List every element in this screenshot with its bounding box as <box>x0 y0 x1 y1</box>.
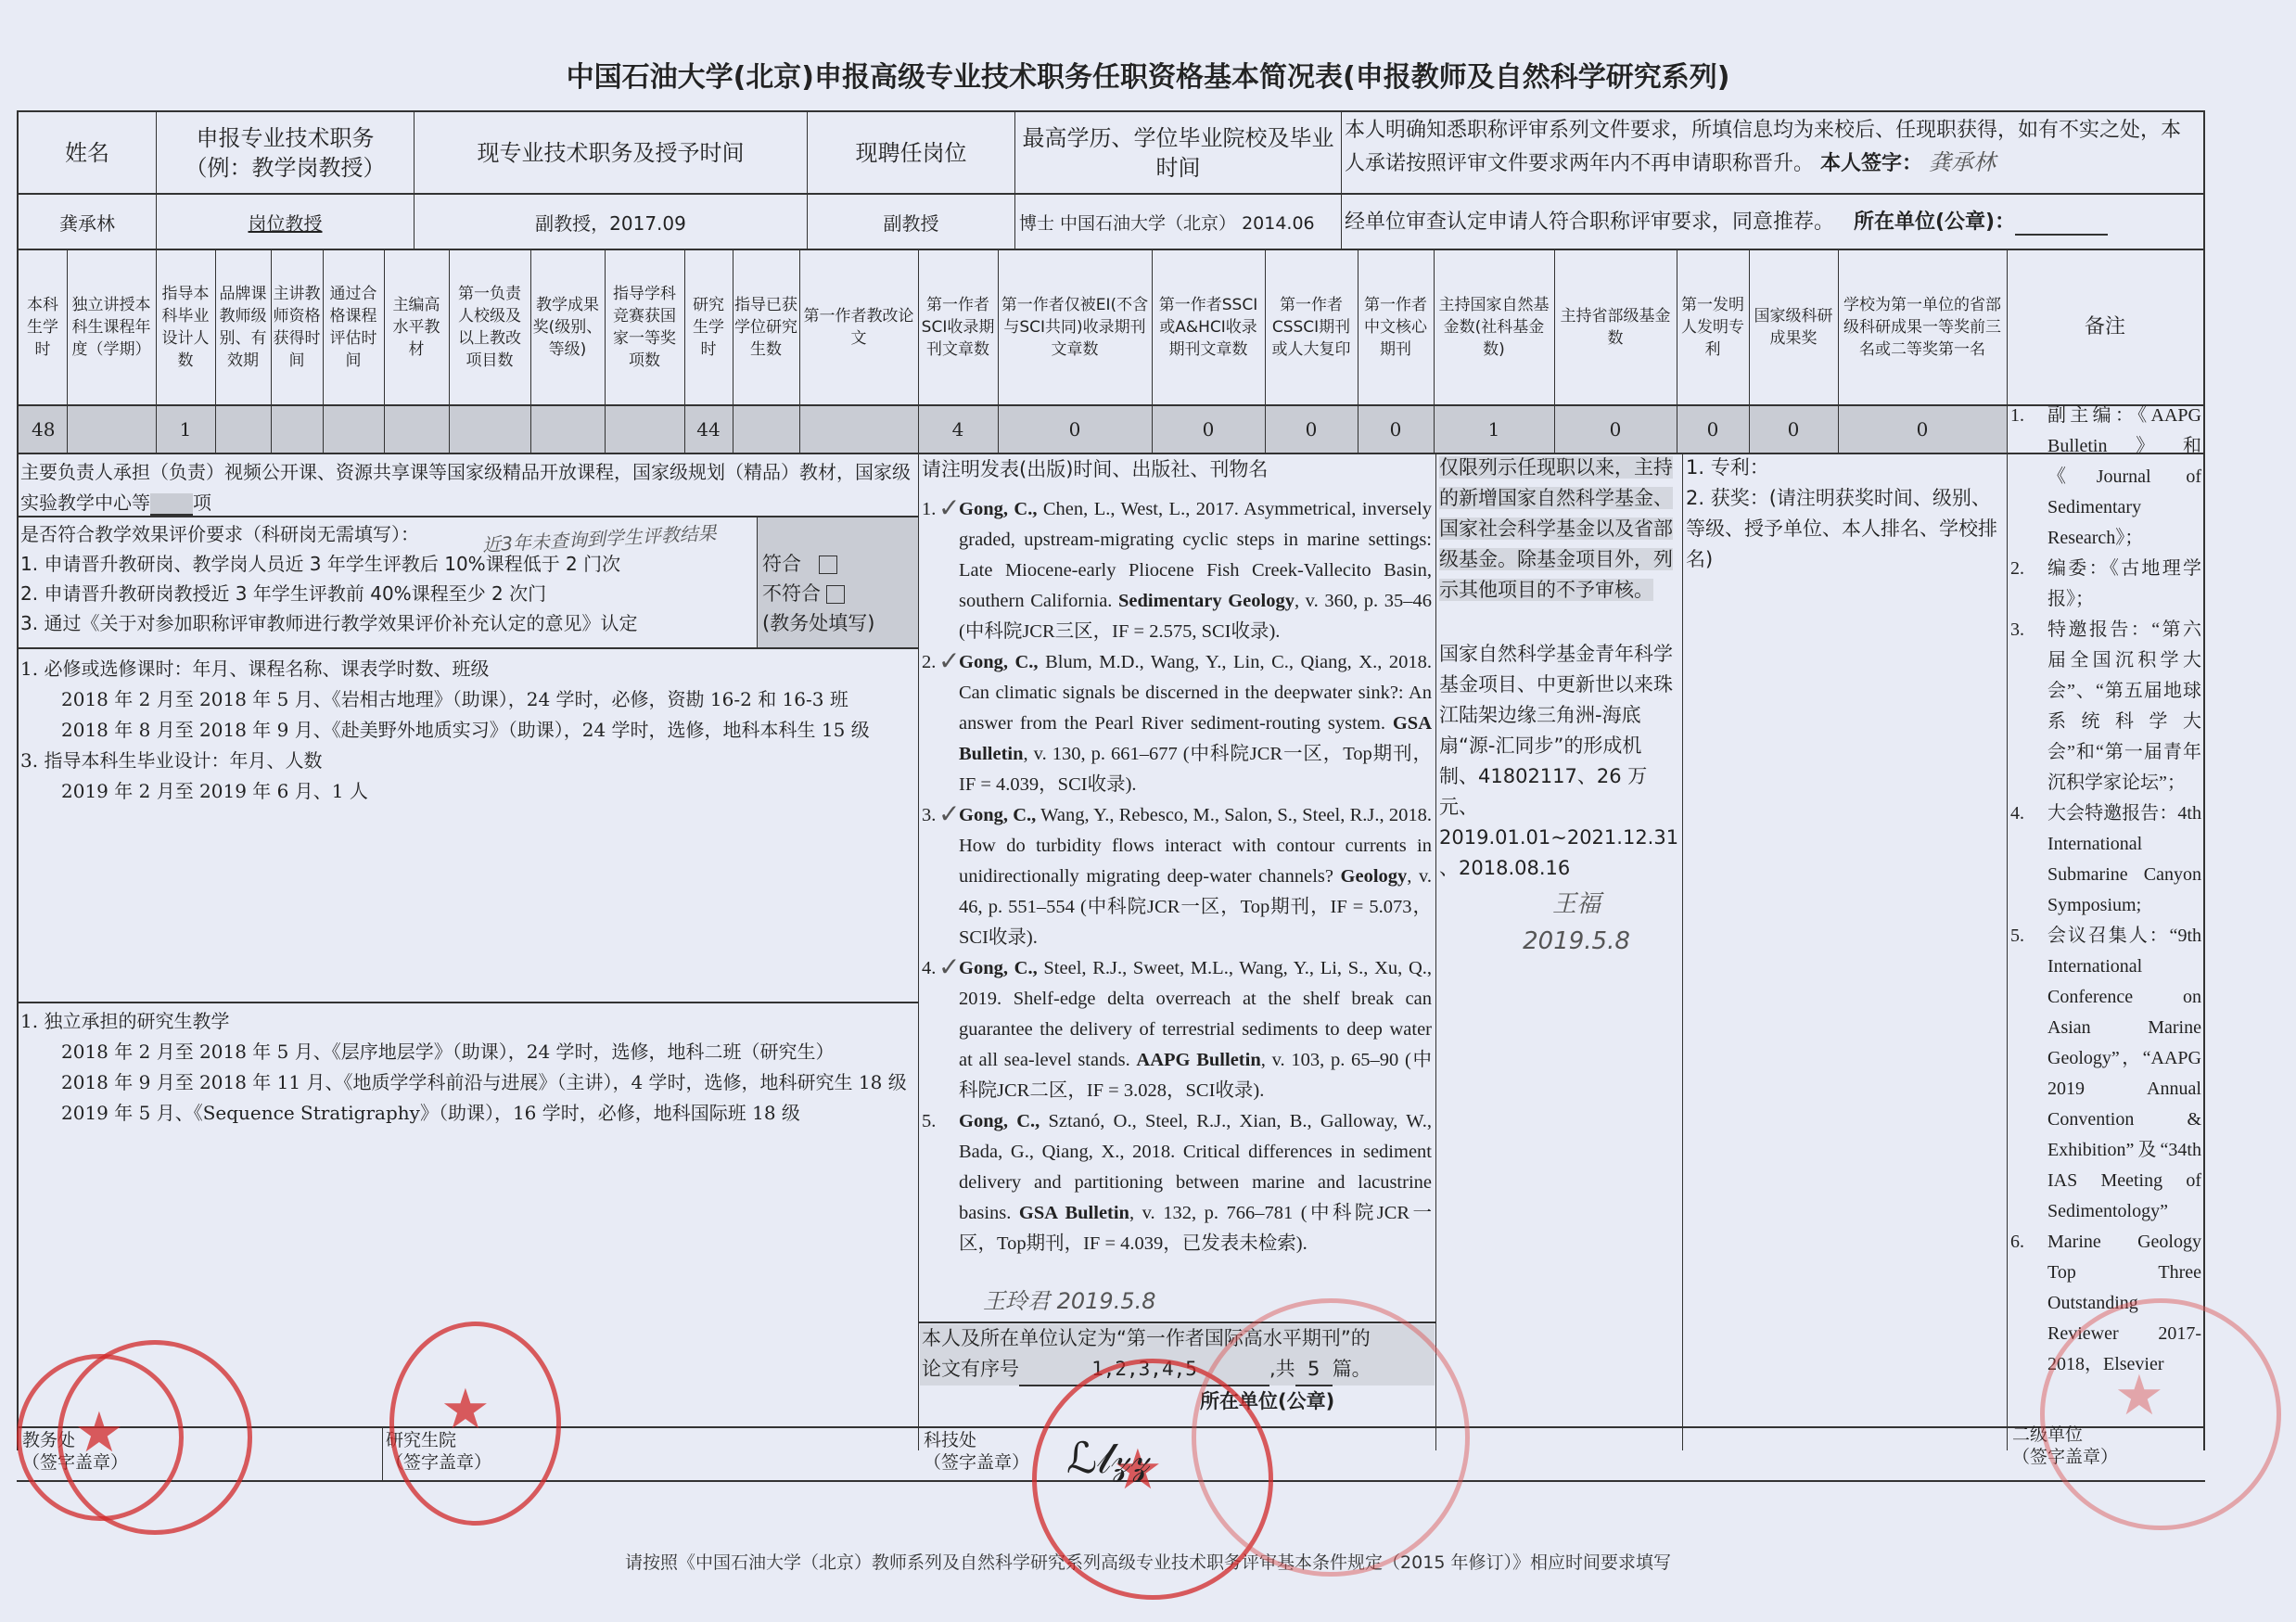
education-label: 最高学历、学位毕业院校及毕业时间 <box>1015 112 1341 193</box>
col-divider <box>1749 250 1750 453</box>
grad-line: 2018 年 2 月至 2018 年 5 月、《层序地层学》（助课），24 学时… <box>20 1037 915 1067</box>
apply-title-label-text: 申报专业技术职务 <box>197 123 375 153</box>
publications-list: 1.Gong, C., Chen, L., West, L., 2017. As… <box>922 494 1432 1259</box>
grad-teaching: 1. 独立承担的研究生教学 2018 年 2 月至 2018 年 5 月、《层序… <box>20 1006 915 1129</box>
eval-note: (教务处填写) <box>762 608 874 638</box>
col-divider <box>733 250 733 453</box>
stats-value-cell <box>384 406 449 453</box>
eval-options: 符合 不符合 (教务处填写) <box>762 549 874 638</box>
remark-item: 6.Marine Geology Top Three Outstanding R… <box>2010 1227 2201 1380</box>
col-divider <box>1554 250 1555 453</box>
remark-number: 6. <box>2010 1227 2047 1380</box>
signature-label: 本人签字： <box>1820 152 1922 175</box>
current-post-value: 副教授 <box>808 195 1014 249</box>
remark-item: 2.编委：《古地理学报》； <box>2010 554 2201 615</box>
stats-value-cell: 1 <box>1434 406 1554 453</box>
row-divider <box>17 1002 918 1003</box>
confirm-seq-value: 1,2,3,4,5 <box>1019 1354 1269 1386</box>
signoff-sign-seal: （签字盖章） <box>924 1451 1029 1474</box>
signoff-secondary-unit: 二级单位 （签字盖章） <box>2012 1424 2118 1468</box>
grad-line: 2019 年 5 月、《Sequence Stratigraphy》（助课），1… <box>20 1098 915 1129</box>
stamp-star-icon: ★ <box>2114 1363 2164 1428</box>
stats-header-cell: 本科生学时 <box>19 250 67 404</box>
eval-item: 2. 申请晋升教研岗教授近 3 年学生评教前 40%课程至少 2 次门 <box>20 579 753 608</box>
col-divider <box>1152 250 1153 453</box>
col-divider <box>2007 404 2008 1450</box>
confirm-text: 本人及所在单位认定为“第一作者国际高水平期刊”的 <box>922 1323 1434 1354</box>
patents-awards: 1. 专利： 2. 获奖：(请注明获奖时间、级别、等级、授予单位、本人排名、学校… <box>1686 453 2005 575</box>
stats-header-cell: 主持省部级基金数 <box>1554 250 1677 404</box>
stats-value-cell: 0 <box>1358 406 1434 453</box>
stats-header-cell: 第一作者仅被EI(不含与SCI共同)收录期刊文章数 <box>998 250 1152 404</box>
current-post-label: 现聘任岗位 <box>808 112 1014 193</box>
stats-value-cell: 0 <box>1838 406 2007 453</box>
stats-value-cell <box>67 406 156 453</box>
checkmark-icon: ✓ <box>938 951 960 982</box>
col-divider <box>998 250 999 453</box>
publication-item: 2.Gong, C., Blum, M.D., Wang, Y., Lin, C… <box>922 647 1432 800</box>
applicant-signature: 龚承林 <box>1929 149 1996 175</box>
stats-value-cell: 4 <box>918 406 998 453</box>
col-divider <box>1677 250 1677 453</box>
eval-item: 3. 通过《关于对参加职称评审教师进行教学效果评价补充认定的意见》认定 <box>20 608 753 638</box>
col-divider <box>2007 250 2008 404</box>
undergrad-line: 2019 年 2 月至 2019 年 6 月、1 人 <box>20 776 915 807</box>
signoff-label: 二级单位 <box>2012 1424 2118 1446</box>
eval-fail-option[interactable]: 不符合 <box>762 579 874 608</box>
remark-item: 4.大会特邀报告：4th International Submarine Can… <box>2010 798 2201 921</box>
remark-number: 2. <box>2010 554 2047 615</box>
eval-fail-checkbox[interactable] <box>826 585 845 604</box>
award-label: 2. 获奖：(请注明获奖时间、级别、等级、授予单位、本人排名、学校排名) <box>1686 483 2005 575</box>
apply-title-hint: （例：教学岗教授） <box>185 153 386 183</box>
undergrad-line: 2018 年 2 月至 2018 年 5 月、《岩相古地理》（助课），24 学时… <box>20 684 915 715</box>
eval-item: 1. 申请晋升教研岗、教学岗人员近 3 年学生评教后 10%课程低于 2 门次 <box>20 549 753 579</box>
col-divider <box>918 250 919 453</box>
stats-header-cell: 第一发明人发明专利 <box>1677 250 1749 404</box>
row-divider <box>17 1426 2205 1428</box>
stats-header-cell: 第一作者中文核心期刊 <box>1358 250 1434 404</box>
col-divider <box>1682 453 1683 1450</box>
publication-citation: Gong, C., Sztanó, O., Steel, R.J., Xian,… <box>959 1106 1432 1259</box>
confirm-total-value: 5 <box>1295 1354 1333 1386</box>
stats-header-cell: 第一负责人校级及以上教改项目数 <box>449 250 530 404</box>
col-divider <box>1341 110 1342 249</box>
publications-heading: 请注明发表(出版)时间、出版社、刊物名 <box>922 454 1268 485</box>
undergrad-line: 3. 指导本科生毕业设计：年月、人数 <box>20 746 915 776</box>
col-divider <box>684 250 685 453</box>
stats-value-cell: 0 <box>1554 406 1677 453</box>
table-right-border <box>2203 110 2205 1450</box>
publication-item: 4.Gong, C., Steel, R.J., Sweet, M.L., Wa… <box>922 953 1432 1106</box>
remark-number: 5. <box>2010 921 2047 1227</box>
checkmark-icon: ✓ <box>938 798 960 829</box>
applicant-name: 龚承林 <box>19 195 156 249</box>
stats-header-cell: 教学成果奖(级别、等级) <box>530 250 605 404</box>
remark-item: 1.副主编：《AAPG Bulletin》和《Journal of Sedime… <box>2010 401 2201 554</box>
remark-text: 副主编：《AAPG Bulletin》和《Journal of Sediment… <box>2047 401 2201 554</box>
signoff-science-office: 科技处 （签字盖章） <box>924 1429 1029 1474</box>
stats-value-cell: 0 <box>998 406 1152 453</box>
publication-item: 3.Gong, C., Wang, Y., Rebesco, M., Salon… <box>922 800 1432 953</box>
publication-citation: Gong, C., Chen, L., West, L., 2017. Asym… <box>959 494 1432 647</box>
stats-header-cell: 第一作者教改论文 <box>799 250 918 404</box>
stats-value-cell <box>215 406 271 453</box>
stats-value-cell: 48 <box>19 406 67 453</box>
col-divider <box>1435 453 1436 1450</box>
remark-text: Marine Geology Top Three Outstanding Rev… <box>2047 1227 2201 1380</box>
col-divider <box>1434 250 1435 453</box>
stats-value-cell <box>799 406 918 453</box>
eval-pass-checkbox[interactable] <box>819 556 837 574</box>
stats-header-cell: 独立讲授本科生课程年度（学期） <box>67 250 156 404</box>
funding-project: 国家自然科学基金青年科学基金项目、中更新世以来珠江陆架边缘三角洲-海底扇“源-汇… <box>1439 639 1680 884</box>
confirm-block: 本人及所在单位认定为“第一作者国际高水平期刊”的 论文有序号1,2,3,4,5,… <box>922 1323 1434 1417</box>
stats-header-cell: 第一作者SCI收录期刊文章数 <box>918 250 998 404</box>
funding-reviewer-signature: 王福 2019.5.8 <box>1521 886 1632 960</box>
remark-text: 编委：《古地理学报》； <box>2047 554 2201 615</box>
confirm-total-suffix: 篇。 <box>1333 1358 1371 1380</box>
publications-reviewer-signature: 王玲君 2019.5.8 <box>983 1283 1156 1315</box>
stats-value-cell <box>605 406 684 453</box>
current-title-value: 副教授，2017.09 <box>415 195 807 249</box>
undergrad-line: 1. 必修或选修课时：年月、课程名称、课表学时数、班级 <box>20 654 915 684</box>
confirm-seq-label: 论文有序号 <box>922 1358 1019 1380</box>
stats-header-cell: 品牌课教师级别、有效期 <box>215 250 271 404</box>
stamp-star-icon: ★ <box>74 1400 124 1465</box>
checkmark-icon: ✓ <box>938 645 960 676</box>
publication-citation: Gong, C., Blum, M.D., Wang, Y., Lin, C.,… <box>959 647 1432 800</box>
pledge-statement: 本人明确知悉职称评审系列文件要求，所填信息均为来校后、任现职获得，如有不实之处，… <box>1345 115 2198 180</box>
stats-value-cell <box>323 406 384 453</box>
remark-text: 会议召集人：“9th International Conference on A… <box>2047 921 2201 1227</box>
unit-seal-label: 所在单位(公章)： <box>1854 211 2015 234</box>
col-divider <box>530 250 531 453</box>
unit-review: 经单位审查认定申请人符合职称评审要求，同意推荐。 所在单位(公章)： <box>1345 206 2198 236</box>
publication-item: 5.Gong, C., Sztanó, O., Steel, R.J., Xia… <box>922 1106 1432 1259</box>
stats-value-cell: 0 <box>1265 406 1358 453</box>
col-divider <box>271 250 272 453</box>
stats-header-cell: 国家级科研成果奖 <box>1749 250 1838 404</box>
col-divider <box>215 250 216 453</box>
remarks-list: 1.副主编：《AAPG Bulletin》和《Journal of Sedime… <box>2010 401 2201 1380</box>
checkmark-icon: ✓ <box>938 492 960 523</box>
stats-value-cell: 1 <box>156 406 215 453</box>
publication-number: 5. <box>922 1106 959 1259</box>
science-office-signature: ℒ𝓁𝓏𝓏 <box>1066 1433 1151 1485</box>
patent-label: 1. 专利： <box>1686 453 2005 483</box>
apply-title-label: 申报专业技术职务 （例：教学岗教授） <box>157 112 414 193</box>
unit-review-text: 经单位审查认定申请人符合职称评审要求，同意推荐。 <box>1345 211 1834 234</box>
funding-block: 仅限列示任现职以来，主持的新增国家自然科学基金、国家社会科学基金以及省部级基金。… <box>1439 453 1680 884</box>
col-divider <box>384 250 385 453</box>
publication-item: 1.Gong, C., Chen, L., West, L., 2017. As… <box>922 494 1432 647</box>
stats-header-cell: 主持国家自然基金数(社科基金数) <box>1434 250 1554 404</box>
stats-header-cell: 主讲教师资格获得时间 <box>271 250 323 404</box>
grad-line: 1. 独立承担的研究生教学 <box>20 1006 915 1037</box>
undergrad-line: 2018 年 8 月至 2018 年 9 月、《赴美野外地质实习》（助课），24… <box>20 715 915 746</box>
stats-header-cell: 通过合格课程评估时间 <box>323 250 384 404</box>
footer-instruction: 请按照《中国石油大学（北京）教师系列及自然科学研究系列高级专业技术职务评审基本条… <box>0 1549 2296 1574</box>
stats-value-cell <box>271 406 323 453</box>
col-divider <box>605 250 606 453</box>
stats-value-cell: 0 <box>1677 406 1749 453</box>
col-divider <box>1265 250 1266 453</box>
row-divider <box>17 647 918 649</box>
stats-header-cell: 学校为第一单位的省部级科研成果一等奖前三名或二等奖第一名 <box>1838 250 2007 404</box>
name-label: 姓名 <box>19 112 156 193</box>
signoff-sign-seal: （签字盖章） <box>386 1451 491 1474</box>
stamp-star-icon: ★ <box>440 1377 491 1442</box>
stats-header-cell: 指导本科毕业设计人数 <box>156 250 215 404</box>
stats-value-cell <box>733 406 799 453</box>
eval-pass-label: 符合 <box>762 553 801 575</box>
col-divider <box>918 453 919 1450</box>
eval-fail-label: 不符合 <box>762 582 821 605</box>
remark-number: 1. <box>2010 401 2047 554</box>
stats-value-cell <box>449 406 530 453</box>
publication-citation: Gong, C., Steel, R.J., Sweet, M.L., Wang… <box>959 953 1432 1106</box>
signoff-label: 科技处 <box>924 1429 1029 1451</box>
remark-item: 5.会议召集人：“9th International Conference on… <box>2010 921 2201 1227</box>
signoff-sign-seal: （签字盖章） <box>2012 1446 2118 1468</box>
remark-text: 大会特邀报告：4th International Submarine Canyo… <box>2047 798 2201 921</box>
funding-instruction: 仅限列示任现职以来，主持的新增国家自然科学基金、国家社会科学基金以及省部级基金。… <box>1439 456 1673 601</box>
stats-header-cell: 第一作者SSCI或A&HCI收录期刊文章数 <box>1152 250 1265 404</box>
stats-header-cell: 指导学科竞赛获国家一等奖项数 <box>605 250 684 404</box>
col-divider <box>449 250 450 453</box>
stats-header-cell: 第一作者CSSCI期刊或人大复印 <box>1265 250 1358 404</box>
stats-value-cell <box>530 406 605 453</box>
eval-pass-option[interactable]: 符合 <box>762 549 874 579</box>
stats-header-cell: 研究生学时 <box>684 250 733 404</box>
col-divider <box>156 250 157 453</box>
col-divider <box>1358 250 1358 453</box>
stats-value-cell: 0 <box>1152 406 1265 453</box>
remark-item: 3.特邀报告：“第六届全国沉积学大会”、“第五届地球系统科学大会”和“第一届青年… <box>2010 615 2201 798</box>
col-divider <box>323 250 324 453</box>
confirm-total-prefix: ,共 <box>1269 1358 1295 1380</box>
confirm-unit-seal: 所在单位(公章) <box>922 1386 1434 1417</box>
col-divider <box>382 1426 383 1480</box>
national-courses: 主要负责人承担（负责）视频公开课、资源共享课等国家级精品开放课程，国家级规划（精… <box>20 457 916 518</box>
col-divider <box>799 250 800 453</box>
remark-number: 3. <box>2010 615 2047 798</box>
form-title: 中国石油大学(北京)申报高级专业技术职务任职资格基本简况表(申报教师及自然科学研… <box>0 54 2296 95</box>
unit-seal-blank <box>2015 211 2108 236</box>
stats-value-cell: 0 <box>1749 406 1838 453</box>
stats-value-cell: 44 <box>684 406 733 453</box>
publication-citation: Gong, C., Wang, Y., Rebesco, M., Salon, … <box>959 800 1432 953</box>
remark-number: 4. <box>2010 798 2047 921</box>
national-courses-suffix: 项 <box>193 492 211 514</box>
apply-title-value: 岗位教授 <box>157 195 414 249</box>
col-divider <box>1838 250 1839 453</box>
undergrad-teaching: 1. 必修或选修课时：年月、课程名称、课表学时数、班级 2018 年 2 月至 … <box>20 654 915 807</box>
grad-line: 2018 年 9 月至 2018 年 11 月、《地质学学科前沿与进展》（主讲）… <box>20 1067 915 1098</box>
stats-header-cell: 指导已获学位研究生数 <box>733 250 799 404</box>
pledge-text: 本人明确知悉职称评审系列文件要求，所填信息均为来校后、任现职获得，如有不实之处，… <box>1345 119 2181 175</box>
stats-header-cell: 备注 <box>2007 250 2203 404</box>
current-title-label: 现专业技术职务及授予时间 <box>415 112 807 193</box>
education-value: 博士 中国石油大学（北京） 2014.06 <box>1015 195 1341 249</box>
stats-header-cell: 主编高水平教材 <box>384 250 449 404</box>
confirm-seq: 论文有序号1,2,3,4,5,共5篇。 <box>922 1354 1434 1386</box>
col-divider <box>67 250 68 453</box>
remark-text: 特邀报告：“第六届全国沉积学大会”、“第五届地球系统科学大会”和“第一届青年沉积… <box>2047 615 2201 798</box>
national-courses-count[interactable] <box>150 493 193 516</box>
